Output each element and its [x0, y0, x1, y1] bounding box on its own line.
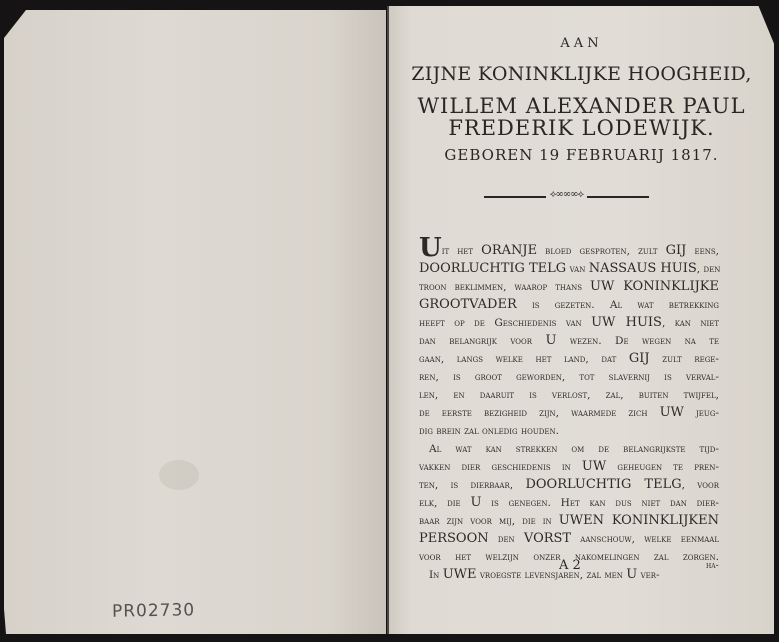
emphasis-caps: ORANJE: [481, 243, 537, 258]
text-segment: In: [429, 569, 443, 581]
text-segment: , voor: [682, 479, 719, 491]
text-line: GROOTVADER is gezeten. Al wat betrekking: [419, 296, 719, 314]
emphasis-caps: UW: [660, 405, 684, 420]
text-segment: baar zijn voor mij, die in: [419, 515, 559, 527]
emphasis-caps: DOORLUCHTIG TELG: [419, 261, 566, 276]
text-segment: wezen. De wegen na te: [556, 335, 719, 347]
text-segment: is genegen. Het kan dus niet dan dier-: [481, 497, 719, 509]
text-line: DOORLUCHTIG TELG van NASSAUS HUIS, den: [419, 260, 719, 278]
ornament-divider: ⟡∞∞∞⟡: [484, 194, 649, 200]
text-segment: ren, is groot geworden, tot slavernij is…: [419, 371, 719, 383]
text-line: ren, is groot geworden, tot slavernij is…: [419, 368, 719, 386]
text-segment: den: [489, 533, 524, 545]
text-line: heeft op de Geschiedenis van UW HUIS, ka…: [419, 314, 719, 332]
text-segment: geheugen te pren-: [606, 461, 719, 473]
text-segment: , den: [697, 263, 721, 275]
heading-born-date: GEBOREN 19 FEBRUARIJ 1817.: [389, 146, 774, 164]
text-line: vakken dier geschiedenis in UW geheugen …: [419, 458, 719, 476]
emphasis-caps: UW KONINKLIJKE: [590, 279, 719, 294]
emphasis-caps: U: [471, 495, 482, 510]
text-segment: heeft op de Geschiedenis van: [419, 317, 591, 329]
signature-mark: A 2: [559, 558, 581, 573]
emphasis-caps: UW HUIS: [591, 315, 662, 330]
text-line: troon beklimmen, waarop thans UW KONINKL…: [419, 278, 719, 296]
text-line: PERSOON den VORST aanschouw, welke eenma…: [419, 530, 719, 548]
emphasis-caps: U: [626, 567, 637, 582]
text-segment: eens,: [686, 245, 719, 257]
text-line: gaan, langs welke het land, dat GIJ zult…: [419, 350, 719, 368]
text-segment: elk, die: [419, 497, 471, 509]
text-segment: is gezeten. Al wat betrekking: [517, 299, 719, 311]
heading-title: ZIJNE KONINKLIJKE HOOGHEID,: [389, 63, 774, 85]
emphasis-caps: U: [545, 333, 556, 348]
text-line: baar zijn voor mij, die in UWEN KONINKLI…: [419, 512, 719, 530]
text-segment: it het: [442, 245, 481, 257]
text-line: dan belangrijk voor U wezen. De wegen na…: [419, 332, 719, 350]
text-segment: vroegste levensjaren, zal men: [477, 569, 627, 581]
emphasis-caps: UWE: [443, 567, 477, 582]
emphasis-caps: DOORLUCHTIG TELG: [525, 477, 681, 492]
text-segment: len, en daaruit is verlost, zal, buiten …: [419, 389, 719, 401]
text-segment: ver-: [637, 569, 659, 581]
text-segment: , kan niet: [662, 317, 719, 329]
text-segment: troon beklimmen, waarop thans: [419, 281, 590, 293]
text-line: dig brein zal onledig houden.: [419, 422, 719, 440]
left-page: [4, 10, 386, 634]
heading-aan: AAN: [389, 36, 774, 51]
catchword: ha-: [706, 561, 719, 571]
ornament-line-left: [484, 196, 546, 198]
text-line: ten, is dierbaar, DOORLUCHTIG TELG, voor: [419, 476, 719, 494]
text-segment: dan belangrijk voor: [419, 335, 545, 347]
body-text: Uit het ORANJE bloed gesproten, zult GIJ…: [419, 239, 719, 584]
emphasis-caps: VORST: [524, 531, 571, 546]
heading-name-line1: WILLEM ALEXANDER PAUL: [389, 94, 774, 118]
emphasis-caps: NASSAUS HUIS: [589, 261, 697, 276]
paper-stain: [159, 460, 199, 490]
text-segment: vakken dier geschiedenis in: [419, 461, 582, 473]
text-segment: aanschouw, welke eenmaal: [571, 533, 719, 545]
text-line: Al wat kan strekken om de belangrijkste …: [419, 440, 719, 458]
emphasis-caps: PERSOON: [419, 531, 489, 546]
emphasis-caps: GROOTVADER: [419, 297, 517, 312]
drop-cap: U: [419, 233, 442, 263]
emphasis-caps: UWEN KONINKLIJKEN: [559, 513, 719, 528]
emphasis-caps: GIJ: [666, 243, 687, 258]
text-segment: zult rege-: [650, 353, 719, 365]
text-segment: bloed gesproten, zult: [537, 245, 666, 257]
text-line: de eerste bezigheid zijn, waarmede zich …: [419, 404, 719, 422]
text-line: elk, die U is genegen. Het kan dus niet …: [419, 494, 719, 512]
text-segment: ten, is dierbaar,: [419, 479, 525, 491]
text-segment: gaan, langs welke het land, dat: [419, 353, 629, 365]
text-line: len, en daaruit is verlost, zal, buiten …: [419, 386, 719, 404]
ornament-line-right: [587, 196, 649, 198]
text-segment: Al wat kan strekken om de belangrijkste …: [429, 443, 719, 455]
text-line: Uit het ORANJE bloed gesproten, zult GIJ…: [419, 239, 719, 260]
emphasis-caps: GIJ: [629, 351, 650, 366]
shelfmark: PR02730: [112, 600, 195, 621]
ornament-center: ⟡∞∞∞⟡: [544, 189, 589, 200]
text-segment: jeug-: [684, 407, 719, 419]
right-page: AAN ZIJNE KONINKLIJKE HOOGHEID, WILLEM A…: [387, 6, 774, 634]
text-segment: de eerste bezigheid zijn, waarmede zich: [419, 407, 660, 419]
text-segment: dig brein zal onledig houden.: [419, 425, 559, 437]
heading-name-line2: FREDERIK LODEWIJK.: [389, 116, 774, 140]
text-segment: van: [566, 263, 589, 275]
emphasis-caps: UW: [582, 459, 606, 474]
